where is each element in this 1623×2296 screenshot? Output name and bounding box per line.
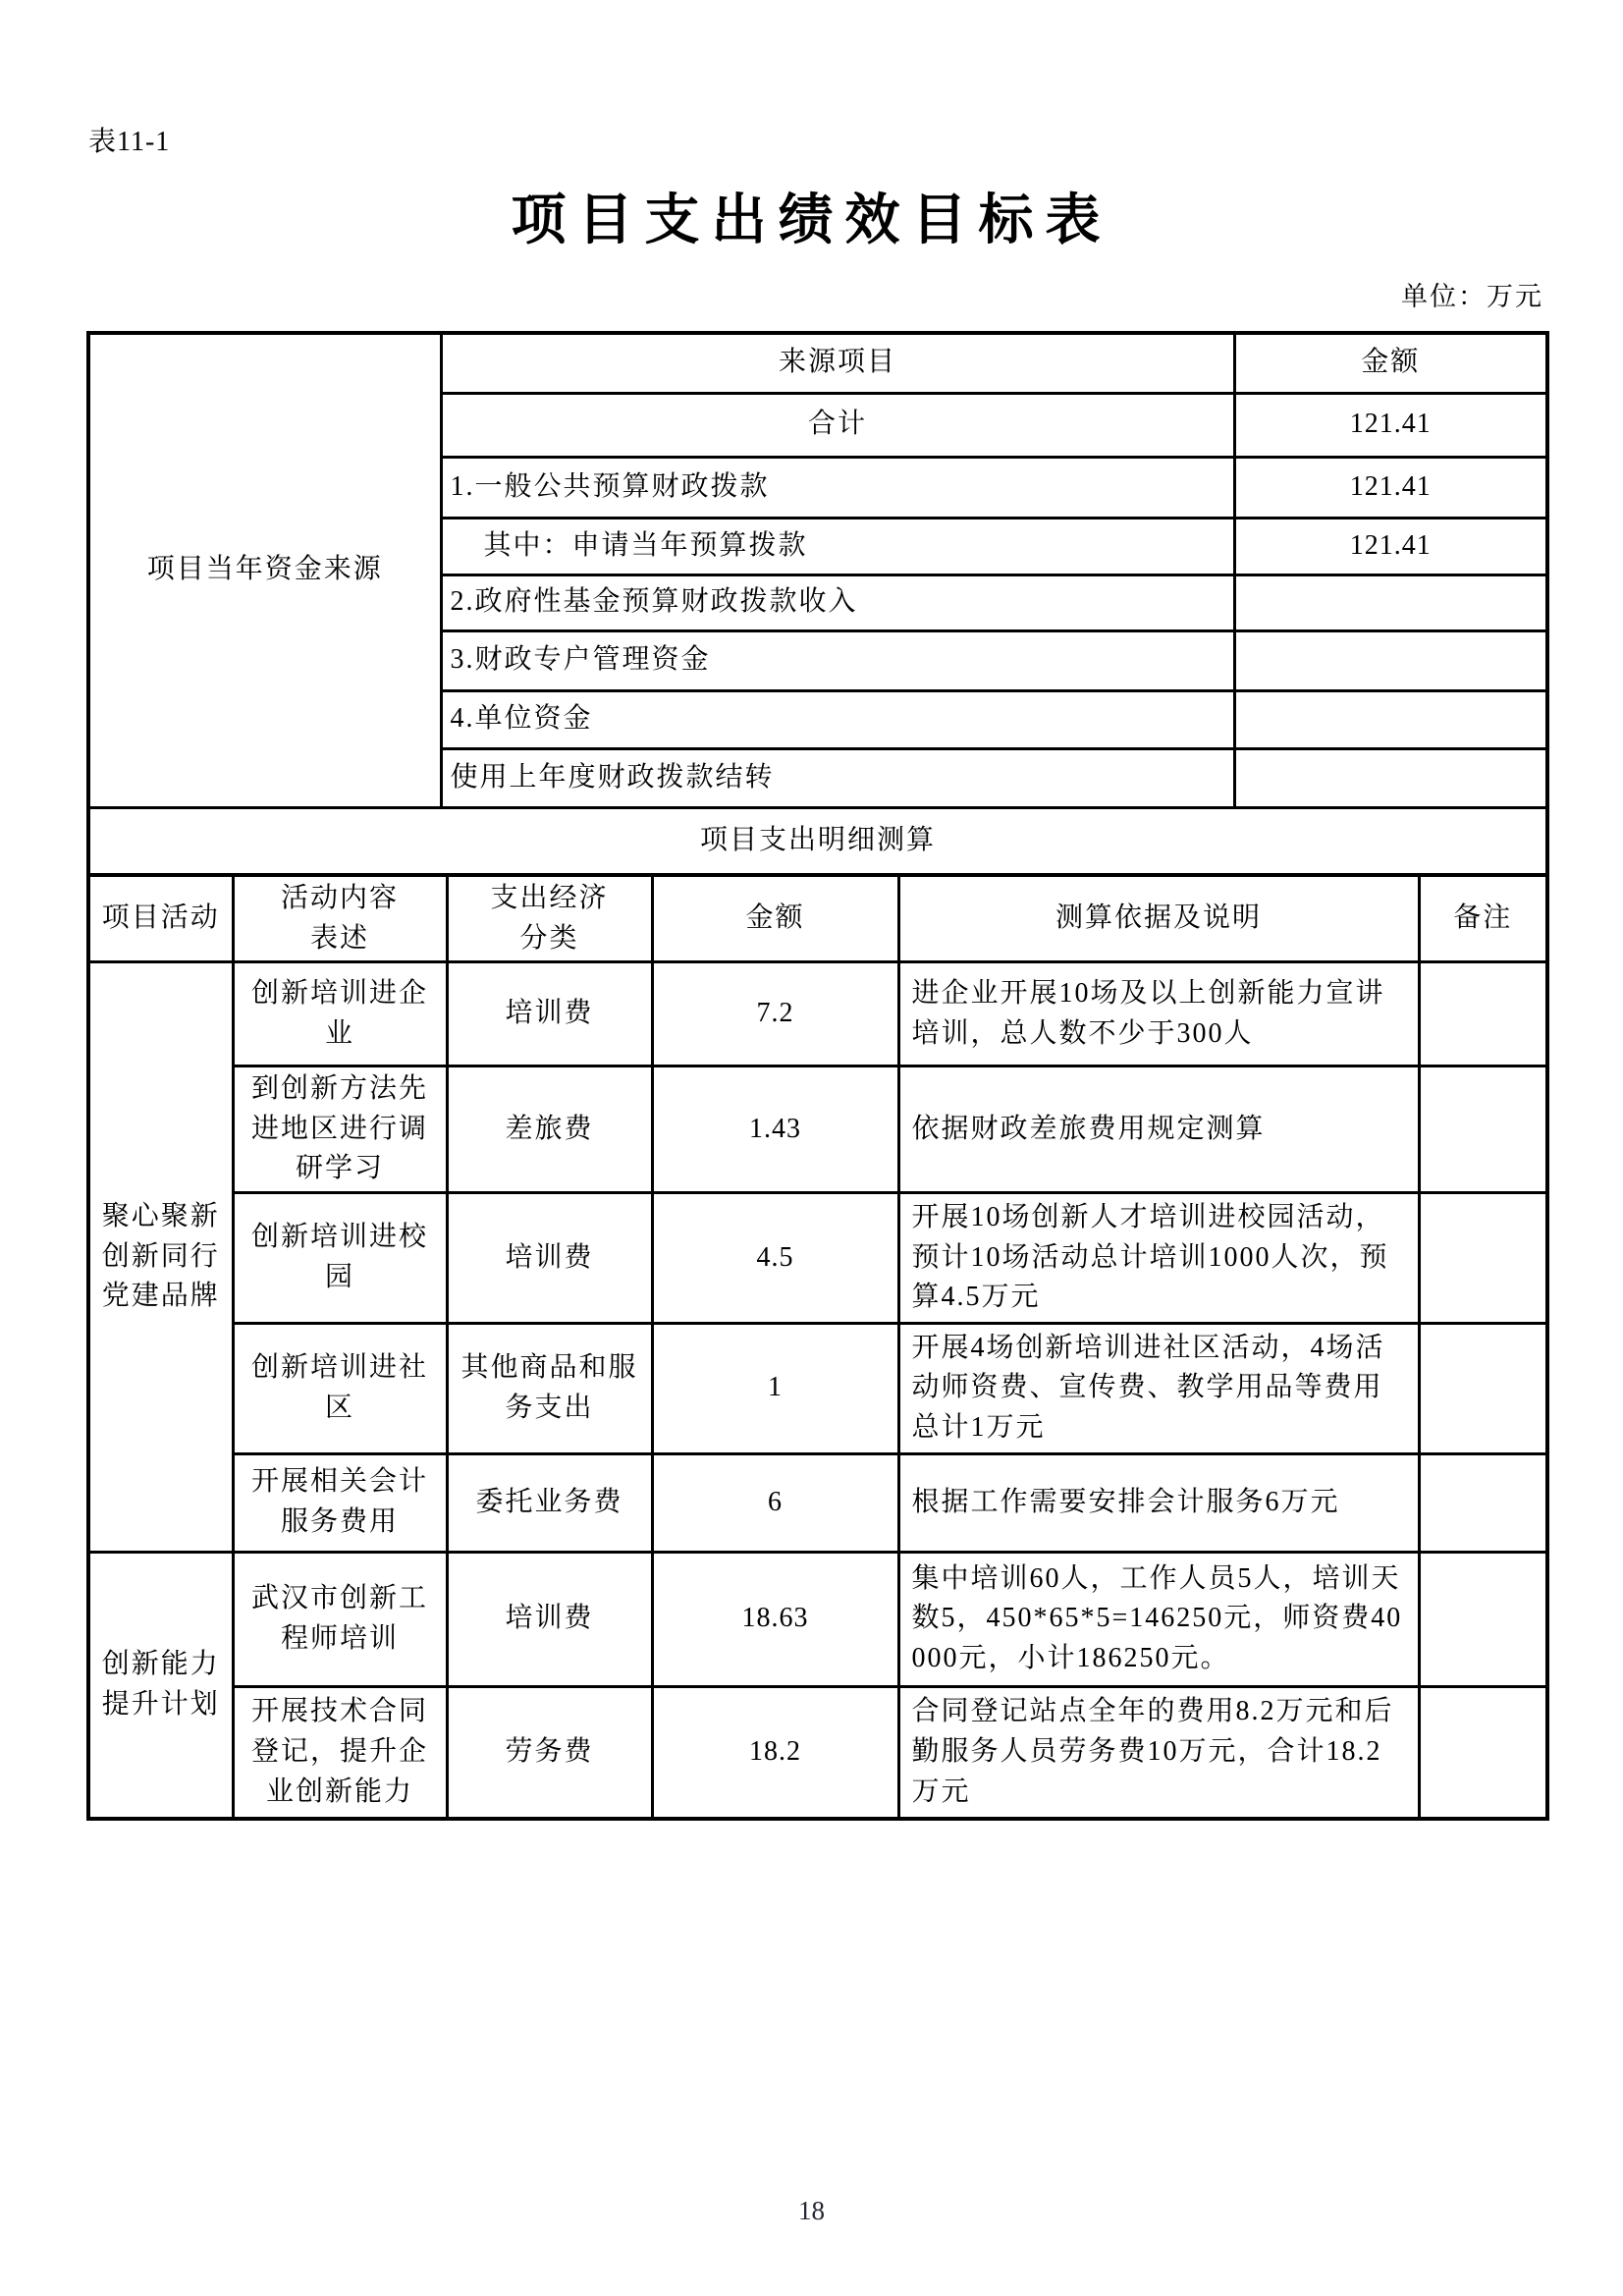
detail-header-row: 项目活动 活动内容 表述 支出经济 分类 金额 测算依据及说明 备注: [88, 875, 1547, 962]
table-label: 表11-1: [88, 120, 170, 159]
detail-desc: 开展相关会计服务费用: [233, 1453, 447, 1552]
detail-table: 项目活动 活动内容 表述 支出经济 分类 金额 测算依据及说明 备注 聚心聚新创…: [86, 873, 1549, 1821]
detail-desc: 创新培训进企业: [233, 962, 447, 1066]
funding-row-amount: 121.41: [1234, 518, 1547, 574]
detail-row: 创新培训进校园 培训费 4.5 开展10场创新人才培训进校园活动，预计10场活动…: [88, 1192, 1547, 1323]
detail-amount: 1: [652, 1323, 898, 1453]
funding-row-label: 4.单位资金: [441, 690, 1234, 748]
funding-row-label: 2.政府性基金预算财政拨款收入: [441, 574, 1234, 630]
detail-row: 开展技术合同登记，提升企业创新能力 劳务费 18.2 合同登记站点全年的费用8.…: [88, 1686, 1547, 1819]
detail-header-basis: 测算依据及说明: [898, 875, 1419, 962]
detail-header-note: 备注: [1419, 875, 1547, 962]
detail-header-desc: 活动内容 表述: [233, 875, 447, 962]
funding-row-amount: [1234, 630, 1547, 690]
detail-note: [1419, 1453, 1547, 1552]
detail-basis: 根据工作需要安排会计服务6万元: [898, 1453, 1419, 1552]
detail-category: 劳务费: [447, 1686, 652, 1819]
funding-row-label: 其中：申请当年预算拨款: [441, 518, 1234, 574]
detail-desc: 开展技术合同登记，提升企业创新能力: [233, 1686, 447, 1819]
funding-row-label: 使用上年度财政拨款结转: [441, 748, 1234, 807]
detail-category: 委托业务费: [447, 1453, 652, 1552]
funding-row-amount: 121.41: [1234, 457, 1547, 518]
funding-header-amount: 金额: [1234, 333, 1547, 393]
detail-note: [1419, 1552, 1547, 1686]
detail-amount: 7.2: [652, 962, 898, 1066]
detail-desc: 武汉市创新工程师培训: [233, 1552, 447, 1686]
detail-row: 开展相关会计服务费用 委托业务费 6 根据工作需要安排会计服务6万元: [88, 1453, 1547, 1552]
detail-basis: 依据财政差旅费用规定测算: [898, 1066, 1419, 1193]
detail-category: 其他商品和服务支出: [447, 1323, 652, 1453]
activity-group-label: 聚心聚新创新同行党建品牌: [88, 962, 233, 1552]
activity-group-label: 创新能力提升计划: [88, 1552, 233, 1819]
detail-header-amount: 金额: [652, 875, 898, 962]
detail-desc: 创新培训进校园: [233, 1192, 447, 1323]
funding-row-amount: [1234, 690, 1547, 748]
detail-desc: 到创新方法先进地区进行调研学习: [233, 1066, 447, 1193]
document-page: 表11-1 项目支出绩效目标表 单位：万元 项目当年资金来源 来源项目 金额 合…: [0, 0, 1623, 2296]
detail-basis: 进企业开展10场及以上创新能力宣讲培训，总人数不少于300人: [898, 962, 1419, 1066]
detail-row: 创新培训进社区 其他商品和服务支出 1 开展4场创新培训进社区活动，4场活动师资…: [88, 1323, 1547, 1453]
unit-note: 单位：万元: [1401, 275, 1543, 313]
detail-basis: 开展4场创新培训进社区活动，4场活动师资费、宣传费、教学用品等费用总计1万元: [898, 1323, 1419, 1453]
funding-row-label: 1.一般公共预算财政拨款: [441, 457, 1234, 518]
detail-basis: 开展10场创新人才培训进校园活动，预计10场活动总计培训1000人次，预算4.5…: [898, 1192, 1419, 1323]
detail-amount: 6: [652, 1453, 898, 1552]
funding-row-amount: 121.41: [1234, 393, 1547, 457]
funding-row-label: 3.财政专户管理资金: [441, 630, 1234, 690]
detail-note: [1419, 1323, 1547, 1453]
funding-row-label: 合计: [441, 393, 1234, 457]
detail-row: 聚心聚新创新同行党建品牌 创新培训进企业 培训费 7.2 进企业开展10场及以上…: [88, 962, 1547, 1066]
detail-note: [1419, 1066, 1547, 1193]
funding-row-amount: [1234, 574, 1547, 630]
funding-merged-label: 项目当年资金来源: [88, 333, 441, 807]
detail-category: 培训费: [447, 962, 652, 1066]
detail-amount: 18.2: [652, 1686, 898, 1819]
funding-header-item: 来源项目: [441, 333, 1234, 393]
detail-header-activity: 项目活动: [88, 875, 233, 962]
detail-amount: 4.5: [652, 1192, 898, 1323]
funding-row-amount: [1234, 748, 1547, 807]
page-title: 项目支出绩效目标表: [0, 177, 1623, 255]
detail-category: 培训费: [447, 1192, 652, 1323]
detail-basis: 合同登记站点全年的费用8.2万元和后勤服务人员劳务费10万元，合计18.2万元: [898, 1686, 1419, 1819]
detail-amount: 18.63: [652, 1552, 898, 1686]
page-number: 18: [0, 2196, 1623, 2226]
detail-header-category: 支出经济 分类: [447, 875, 652, 962]
detail-note: [1419, 1686, 1547, 1819]
form-tables: 项目当年资金来源 来源项目 金额 合计 121.41 1.一般公共预算财政拨款 …: [86, 331, 1545, 1821]
detail-category: 差旅费: [447, 1066, 652, 1193]
detail-basis: 集中培训60人，工作人员5人，培训天数5，450*65*5=146250元，师资…: [898, 1552, 1419, 1686]
detail-row: 到创新方法先进地区进行调研学习 差旅费 1.43 依据财政差旅费用规定测算: [88, 1066, 1547, 1193]
detail-row: 创新能力提升计划 武汉市创新工程师培训 培训费 18.63 集中培训60人，工作…: [88, 1552, 1547, 1686]
funding-table: 项目当年资金来源 来源项目 金额 合计 121.41 1.一般公共预算财政拨款 …: [86, 331, 1549, 877]
detail-amount: 1.43: [652, 1066, 898, 1193]
detail-section-title: 项目支出明细测算: [88, 807, 1547, 875]
detail-note: [1419, 962, 1547, 1066]
detail-desc: 创新培训进社区: [233, 1323, 447, 1453]
detail-note: [1419, 1192, 1547, 1323]
detail-category: 培训费: [447, 1552, 652, 1686]
